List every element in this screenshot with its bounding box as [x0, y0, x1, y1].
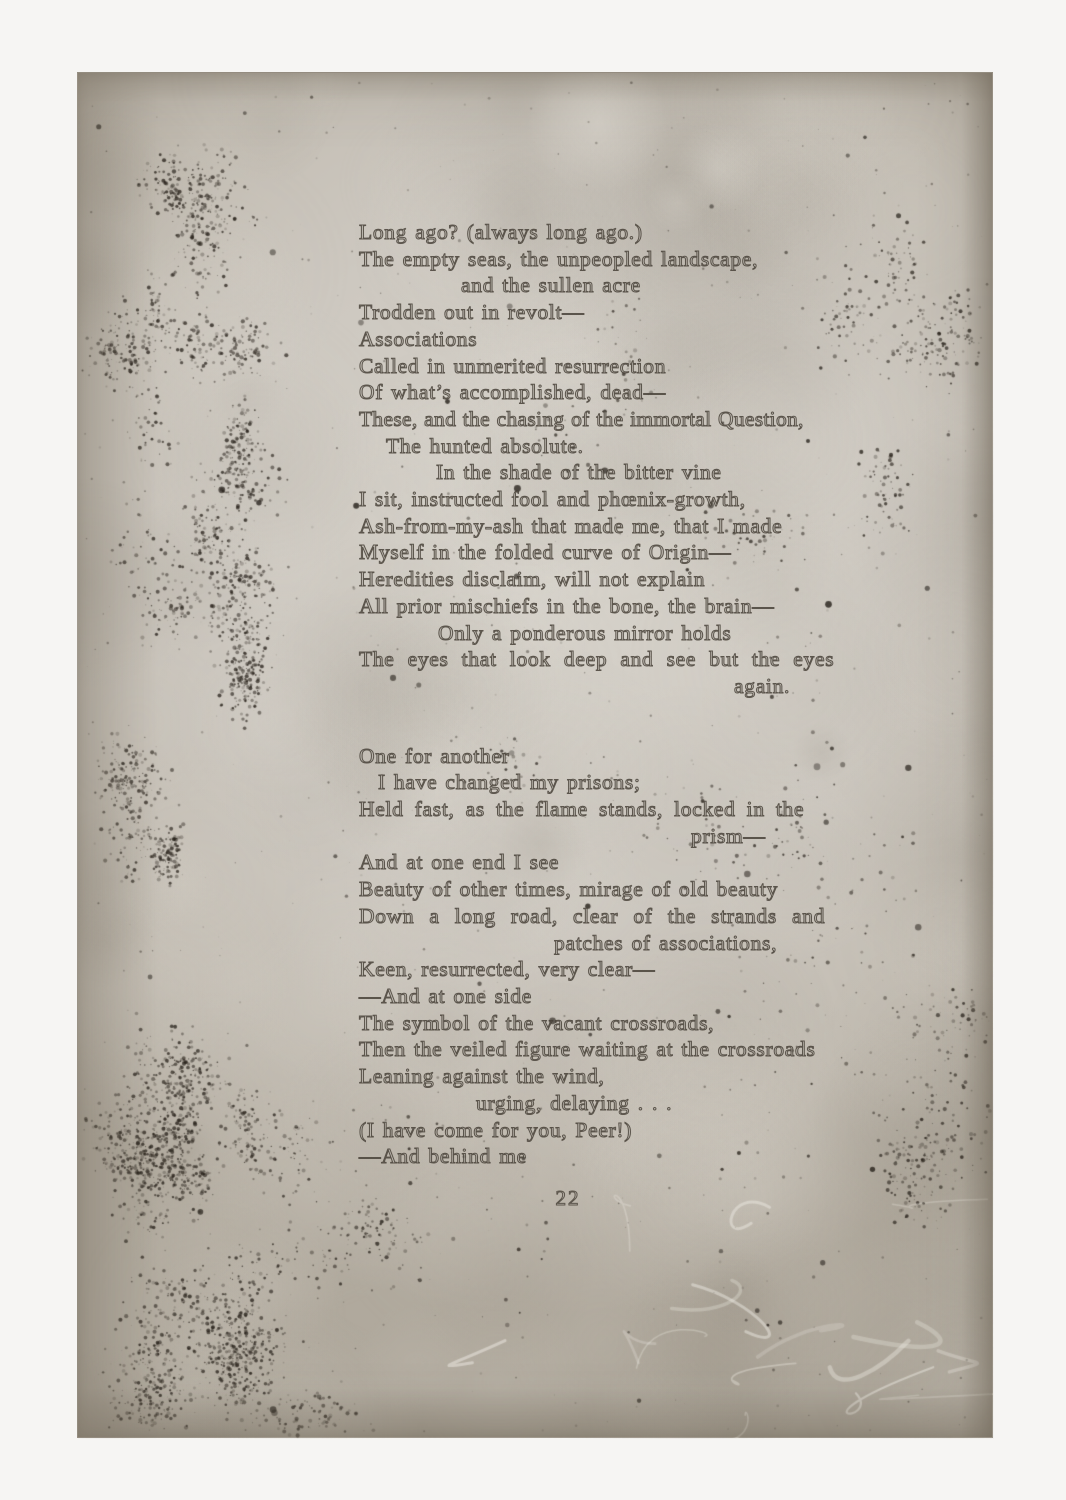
poem-line: —And at one side [359, 983, 871, 1010]
poem-line: Ash-from-my-ash that made me, that I mad… [359, 513, 871, 540]
poem-line: Called in unmerited resurrection [359, 353, 871, 380]
poem-line: Leaning against the wind, [359, 1063, 871, 1090]
poem-line: (I have come for you, Peer!) [359, 1117, 871, 1144]
poem-line: again. [359, 673, 871, 700]
poem-line: Beauty of other times, mirage of old bea… [359, 876, 871, 903]
poem-text-block: Long ago? (always long ago.) The empty s… [359, 219, 871, 1170]
poem-line: —And behind me [359, 1143, 871, 1170]
poem-line: The hunted absolute. [359, 433, 871, 460]
poem-line: The empty seas, the unpeopled landscape, [359, 246, 871, 273]
poem-line: Down a long road, clear of the strands a… [359, 903, 871, 930]
poem-line: Associations [359, 326, 871, 353]
poem-line: Long ago? (always long ago.) [359, 219, 871, 246]
page-number: 22 [508, 1186, 628, 1211]
poem-line: Trodden out in revolt— [359, 299, 871, 326]
poem-line: Only a ponderous mirror holds [359, 620, 871, 647]
poem-line: and the sullen acre [359, 272, 871, 299]
poem-line: Of what’s accomplished, dead— [359, 379, 871, 406]
scanned-page: Long ago? (always long ago.) The empty s… [0, 0, 1066, 1500]
poem-line: And at one end I see [359, 849, 871, 876]
poem-line: Held fast, as the flame stands, locked i… [359, 796, 871, 823]
poem-line: I sit, instructed fool and phœnix-growth… [359, 486, 871, 513]
poem-line: All prior mischiefs in the bone, the bra… [359, 593, 871, 620]
poem-line: Keen, resurrected, very clear— [359, 956, 871, 983]
poem-line: In the shade of the bitter vine [359, 459, 871, 486]
poem-line: Then the veiled figure waiting at the cr… [359, 1036, 871, 1063]
poem-line: I have changed my prisons; [359, 769, 871, 796]
poem-stanza-1: Long ago? (always long ago.) The empty s… [359, 219, 871, 700]
poem-line: Heredities disclaim, will not explain [359, 566, 871, 593]
poem-line: Myself in the folded curve of Origin— [359, 539, 871, 566]
printing-plate: Long ago? (always long ago.) The empty s… [77, 72, 993, 1438]
poem-line: patches of associations, [359, 930, 871, 957]
poem-stanza-2: One for another I have changed my prison… [359, 743, 871, 1170]
poem-line: One for another [359, 743, 871, 770]
poem-line: The symbol of the vacant crossroads, [359, 1010, 871, 1037]
poem-line: prism— [359, 823, 871, 850]
poem-line: The eyes that look deep and see but the … [359, 646, 871, 673]
poem-line: These, and the chasing of the immortal Q… [359, 406, 871, 433]
poem-line: urging, delaying . . . [359, 1090, 871, 1117]
